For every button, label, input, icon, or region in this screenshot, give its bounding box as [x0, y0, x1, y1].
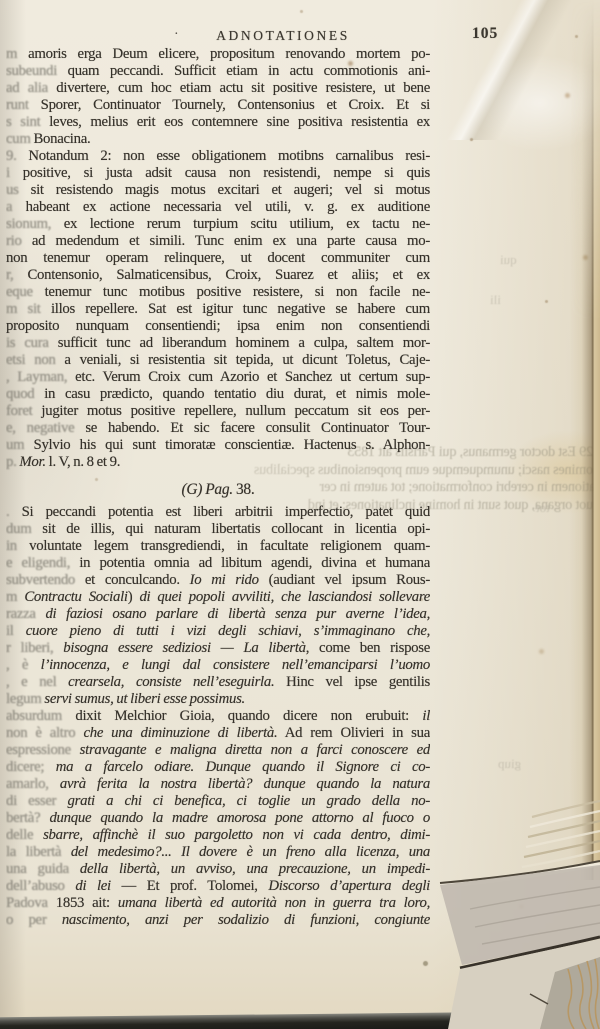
cutoff-fragment: Padova [6, 895, 48, 911]
text-line: a habeant ex actione necessaria vel util… [6, 199, 430, 216]
text-line: . Si peccandi potentia est liberi arbitr… [6, 504, 430, 521]
cutoff-fragment: r liberi, [6, 640, 53, 656]
cutoff-fragment: non è altro [6, 725, 75, 741]
text-line: i positive, si justa adsit causa non res… [6, 165, 430, 182]
text-line: non tenemur operam relinquere, ut docent… [6, 250, 430, 267]
cutoff-fragment: m [6, 46, 17, 62]
text-line: espressione stravagante e maligna dirett… [6, 742, 430, 759]
cutoff-fragment: la libertà [6, 844, 61, 860]
cutoff-fragment: foret [6, 403, 32, 419]
foxing-spots [0, 0, 3, 3]
cutoff-fragment: , è [6, 657, 28, 673]
text-line: di esser grati a chi ci benefica, ci tog… [6, 793, 430, 810]
text-line: m amoris erga Deum elicere, propositum r… [6, 46, 430, 63]
cutoff-fragment: , e nel [6, 674, 56, 690]
cutoff-fragment: um [6, 437, 24, 453]
text-line: m Contractu Sociali) di quei popoli avvi… [6, 589, 430, 606]
text-line: , e nel crearsela, consiste nell’eseguir… [6, 674, 430, 691]
cutoff-fragment: di esser [6, 793, 56, 809]
text-line: e, negative se habendo. Et sic facere co… [6, 420, 430, 437]
text-line: quod in casu prædicto, quando tentatio d… [6, 386, 430, 403]
cutoff-fragment: us [6, 182, 19, 198]
text-line: cum Bonacina. [6, 131, 430, 148]
text-line: runt Sporer, Continuator Tournely, Conte… [6, 97, 430, 114]
cutoff-fragment: a [6, 199, 12, 215]
cutoff-fragment: legum [6, 691, 42, 707]
text-line: ad alia divertere, cum hoc etiam actu si… [6, 80, 430, 97]
bleed-fragment: ili [490, 292, 501, 308]
cutoff-fragment: una guida [6, 861, 69, 877]
cutoff-fragment: o per [6, 912, 46, 928]
text-line: una guida della libertà, un avviso, una … [6, 861, 430, 878]
text-column: m amoris erga Deum elicere, propositum r… [6, 46, 430, 929]
cutoff-fragment: p. [6, 454, 17, 470]
text-line: proposito nunquam consentiendi; ipsa eni… [6, 318, 430, 335]
cutoff-fragment: rio [6, 233, 22, 249]
text-line: um Sylvio his qui sunt timoratæ conscien… [6, 437, 430, 454]
text-line: eque tenemur tunc motibus positive resis… [6, 284, 430, 301]
cutoff-fragment: 9. [6, 148, 17, 164]
text-line: bertà? dunque quando la madre amorosa po… [6, 810, 430, 827]
paragraph-annotation-g: . Si peccandi potentia est liberi arbitr… [6, 504, 430, 929]
cutoff-fragment: dum [6, 521, 31, 537]
text-line: legum servi sumus, ut liberi esse possim… [6, 691, 430, 708]
cutoff-fragment: sionum, [6, 216, 51, 232]
cutoff-fragment: m sit [6, 301, 41, 317]
cutoff-fragment: e, negative [6, 420, 74, 436]
text-line: etsi non a veniali, si resistentia sit t… [6, 352, 430, 369]
text-line: la libertà del medesimo?... Il dovere è … [6, 844, 430, 861]
text-line: Padova 1853 ait: umana libertà ed autori… [6, 895, 430, 912]
cutoff-fragment: subeundi [6, 63, 57, 79]
cutoff-fragment: delle [6, 827, 33, 843]
text-line: dicere; ma a farcelo odiare. Dunque quan… [6, 759, 430, 776]
text-line: us sit resistendo magis motus excitari e… [6, 182, 430, 199]
text-line: o per nascimento, anzi per sodalizio di … [6, 912, 430, 929]
text-line: r liberi, bisogna essere sediziosi — La … [6, 640, 430, 657]
text-line: s sint leves, melius erit eos contemnere… [6, 114, 430, 131]
bleed-fragment: qui [500, 252, 517, 268]
text-line: delle sbarre, affinchè il suo pargoletto… [6, 827, 430, 844]
text-line: rio ad medendum et simili. Tunc enim ex … [6, 233, 430, 250]
text-line: dum sit de illis, qui naturam libertatis… [6, 521, 430, 538]
text-line: razza di faziosi osano parlare di libert… [6, 606, 430, 623]
cutoff-fragment: absurdum [6, 708, 62, 724]
text-line: dell’abuso di lei — Et prof. Tolomei, Di… [6, 878, 430, 895]
cutoff-fragment: cum [6, 131, 31, 147]
cutoff-fragment: subvertendo [6, 572, 75, 588]
scanned-book-page: · ADNOTATIONES 105 129 Est doctor german… [0, 0, 600, 1029]
text-line: absurdum dixit Melchior Gioia, quando di… [6, 708, 430, 725]
section-heading: (G) Pag. 38. [6, 481, 430, 498]
text-line: il cuore pieno di tutti i vizi degli sch… [6, 623, 430, 640]
text-line: p. Mor. l. V, n. 8 et 9. [6, 454, 430, 471]
cutoff-fragment: dicere; [6, 759, 44, 775]
cutoff-fragment: bertà? [6, 810, 40, 826]
bleed-fragment: tot [536, 500, 550, 516]
text-line: m sit illos repellere. Sat est igitur tu… [6, 301, 430, 318]
bleed-fragment: giup [498, 756, 521, 772]
cutoff-fragment: is cura [6, 335, 49, 351]
cutoff-fragment: etsi non [6, 352, 56, 368]
cutoff-fragment: in [6, 538, 17, 554]
text-line: e eligendi, in potentia omnia ad libitum… [6, 555, 430, 572]
cutoff-fragment: espressione [6, 742, 71, 758]
text-line: subeundi quam peccandi. Sufficit etiam i… [6, 63, 430, 80]
book-fore-edge [570, 0, 600, 880]
cutoff-fragment: dell’abuso [6, 878, 65, 894]
cutoff-fragment: . [6, 504, 9, 520]
text-line: is cura sufficit tunc ad liberandum homi… [6, 335, 430, 352]
cutoff-fragment: razza [6, 606, 36, 622]
text-line: , Layman, etc. Verum Croix cum Azorio et… [6, 369, 430, 386]
paragraph-latin-1: m amoris erga Deum elicere, propositum r… [6, 46, 430, 148]
paragraph-latin-2: 9. Notandum 2: non esse obligationem mot… [6, 148, 430, 471]
text-line: amarlo, avrà ferita la nostra libertà? d… [6, 776, 430, 793]
text-line: sionum, ex lectione rerum turpium scitu … [6, 216, 430, 233]
cutoff-fragment: amarlo, [6, 776, 49, 792]
cutoff-fragment: m [6, 589, 17, 605]
page-title: ADNOTATIONES [216, 28, 350, 44]
cutoff-fragment: ad alia [6, 80, 48, 96]
text-line: subvertendo et conculcando. Io mi rido (… [6, 572, 430, 589]
text-line: foret jugiter motus positive repellere, … [6, 403, 430, 420]
torn-page-corner [390, 789, 600, 1029]
cutoff-fragment: runt [6, 97, 29, 113]
text-line: 9. Notandum 2: non esse obligationem mot… [6, 148, 430, 165]
cutoff-fragment: eque [6, 284, 33, 300]
cutoff-fragment: i [6, 165, 10, 181]
text-line: (G) Pag. 38. [6, 481, 430, 498]
cutoff-fragment: s sint [6, 114, 40, 130]
text-line: , è l’innocenza, e lungi dal consistere … [6, 657, 430, 674]
cutoff-fragment: quod [6, 386, 34, 402]
text-line: in voluntate legem transgrediendi, in fa… [6, 538, 430, 555]
cutoff-fragment: il [6, 623, 14, 639]
cutoff-fragment: r, [6, 267, 13, 283]
cutoff-fragment: , Layman, [6, 369, 67, 385]
text-line: non è altro che una diminuzione di liber… [6, 725, 430, 742]
text-line: r, Contensonio, Salmaticensibus, Croix, … [6, 267, 430, 284]
header-dot: · [174, 27, 179, 43]
cutoff-fragment: e eligendi, [6, 555, 70, 571]
